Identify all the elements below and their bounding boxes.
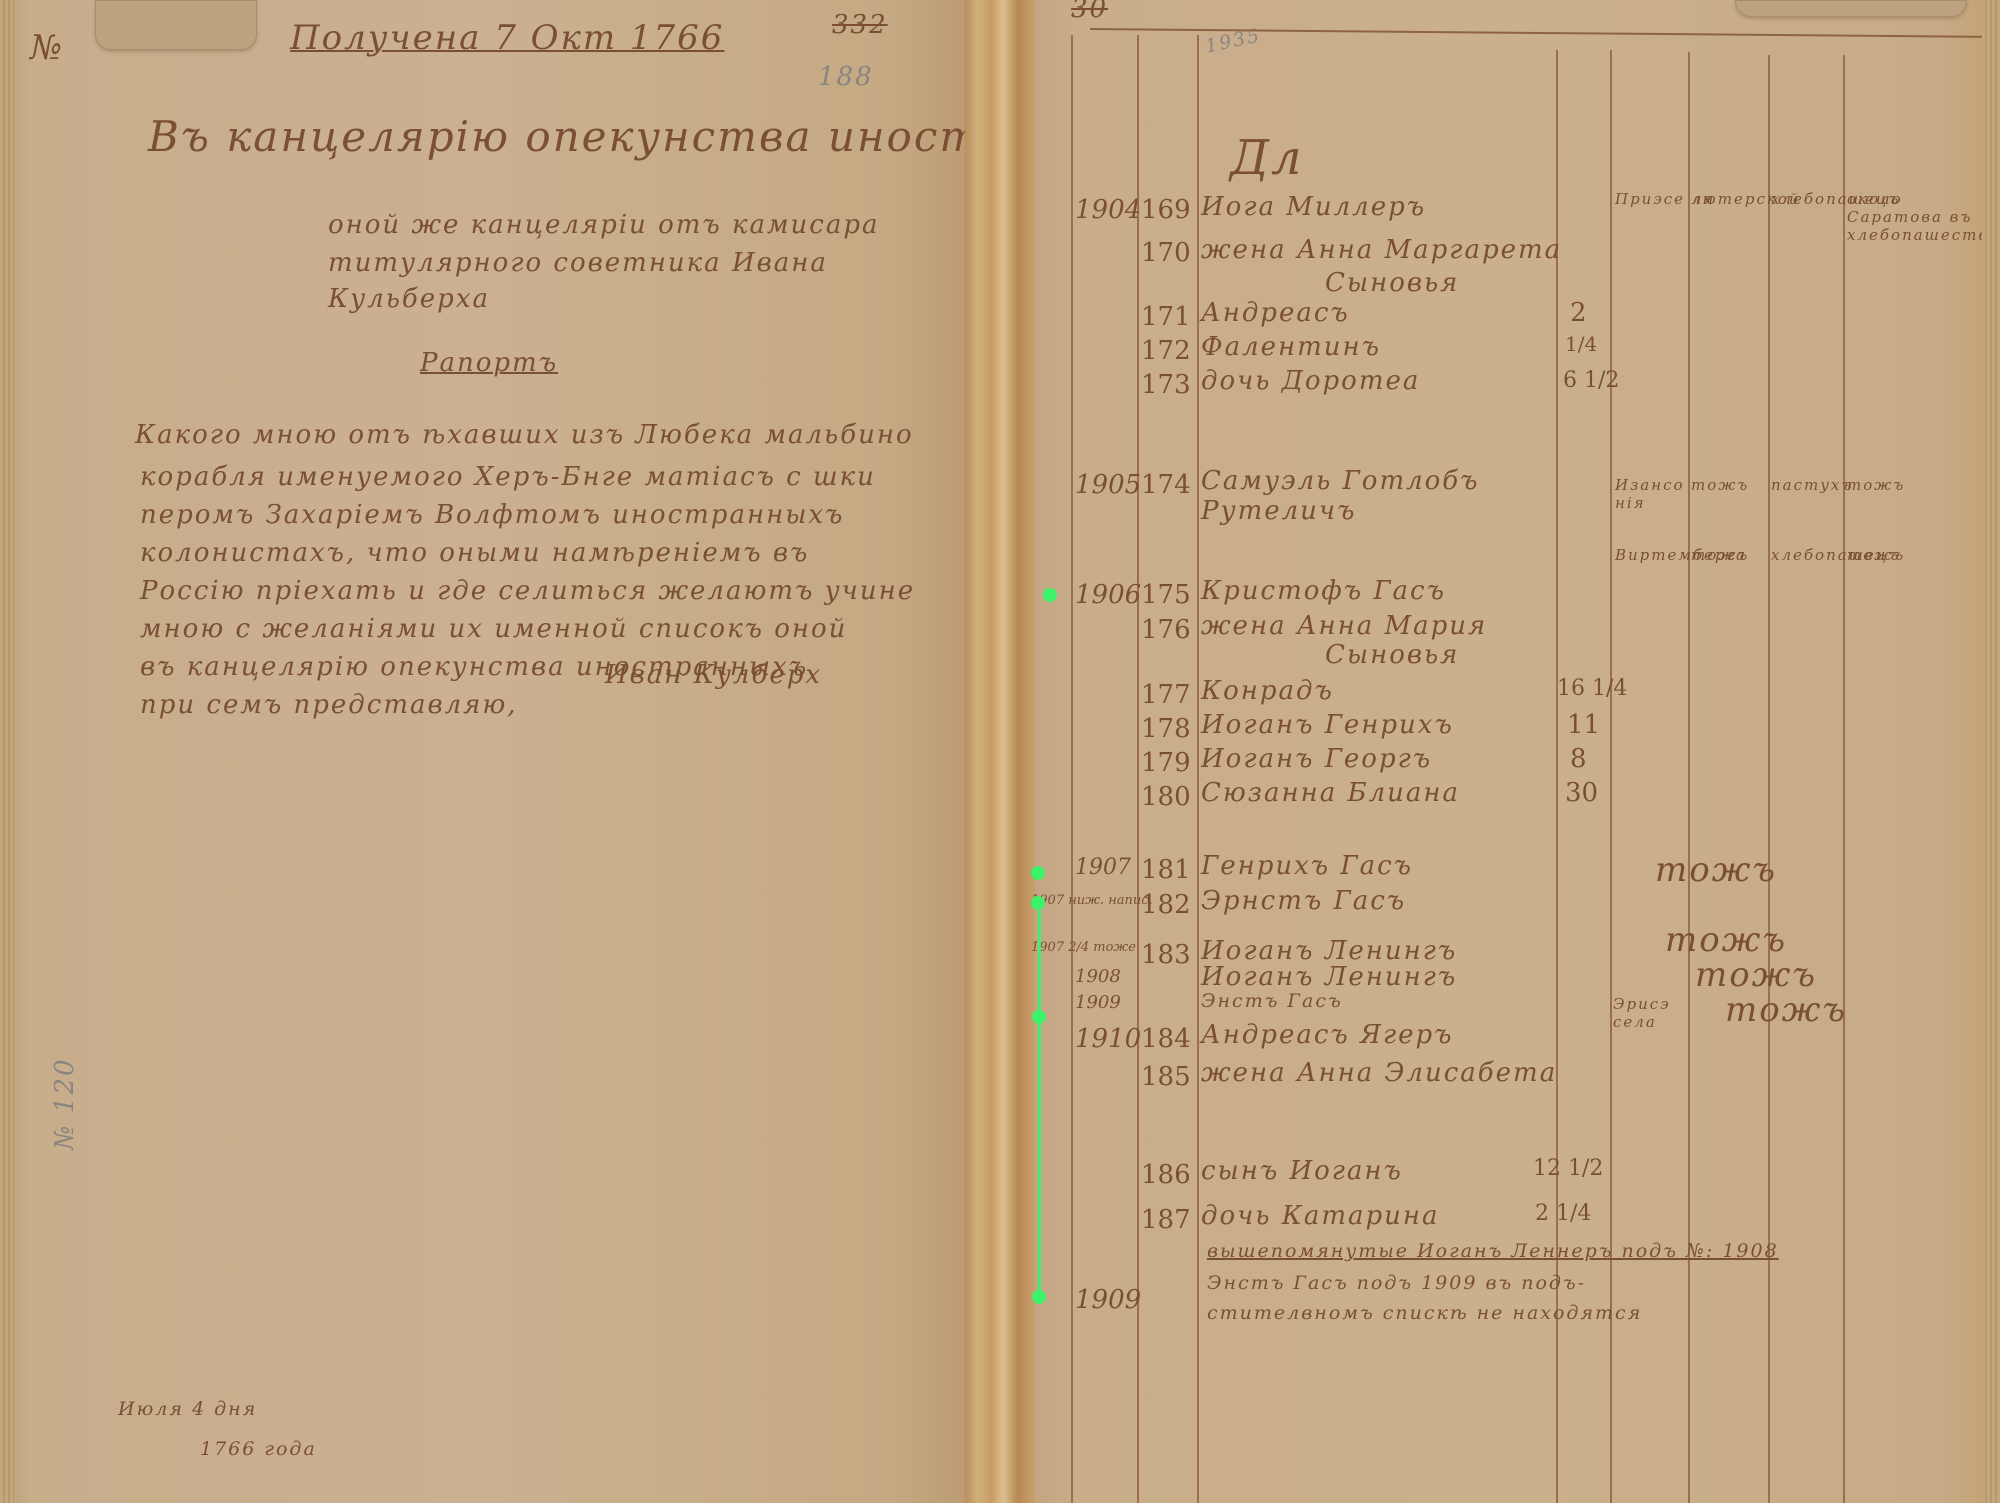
column-rule [1768, 55, 1770, 1503]
row-name: Андреасъ [1201, 298, 1350, 328]
row-occupation: хлебопашецъ [1771, 190, 1841, 208]
sender-line-3: Кульберха [328, 284, 490, 314]
body-line: Какого мною отъ ѣхавших изъ Любека мальб… [135, 420, 914, 450]
row-number: 169 [1141, 195, 1191, 225]
row-settlement: тожъ [1847, 546, 1905, 564]
sender-line-1: оной же канцеляріи отъ камисара [328, 210, 880, 240]
row-age: 6 1/2 [1563, 368, 1619, 393]
received-header: Получена 7 Окт 1766 [290, 18, 724, 58]
row-name: Фалентинъ [1201, 332, 1381, 362]
annotation-marker[interactable] [1032, 1010, 1046, 1024]
column-rule [1137, 35, 1139, 1503]
column-rule [1688, 52, 1690, 1503]
row-year: 1906 [1075, 580, 1141, 610]
row-age: 2 [1570, 298, 1587, 328]
row-name: Энстъ Гасъ [1201, 990, 1343, 1012]
annotation-connector [1038, 1024, 1041, 1292]
footnote-line: вышепомянутые Иоганъ Леннеръ подъ №: 190… [1207, 1240, 1779, 1262]
corner-mark: № [30, 28, 64, 68]
row-settlement: тожъ [1725, 990, 1847, 1030]
body-line: при семъ представляю, [140, 690, 518, 720]
row-age: 30 [1565, 778, 1598, 808]
row-year: 1905 [1075, 470, 1141, 500]
annotation-marker[interactable] [1043, 588, 1057, 602]
body-line: мною с желаніями их именной списокъ оной [140, 614, 847, 644]
row-number: 184 [1141, 1024, 1191, 1054]
row-name: Конрадъ [1201, 676, 1334, 706]
row-year: 1910 [1075, 1024, 1141, 1054]
body-line: Россію пріехать и где селиться желаютъ у… [140, 576, 915, 606]
row-settlement: тожъ [1695, 955, 1817, 995]
page-edge [0, 0, 14, 1503]
row-settlement: тожъ [1655, 850, 1777, 890]
row-origin: Эрисэ села [1613, 995, 1683, 1031]
row-subheading: Сыновья [1325, 640, 1459, 670]
row-occupation: пастухъ [1771, 476, 1853, 494]
row-number: 171 [1141, 302, 1191, 332]
report-heading: Рапортъ [420, 348, 558, 378]
row-number: 187 [1141, 1205, 1191, 1235]
row-age: 2 1/4 [1535, 1201, 1591, 1226]
row-number: 181 [1141, 855, 1191, 885]
column-rule [1610, 50, 1612, 1503]
footnote-year: 1909 [1075, 1285, 1141, 1315]
row-number: 176 [1141, 615, 1191, 645]
body-line: перомъ Захаріемъ Волфтомъ иностранныхъ [140, 500, 844, 530]
row-age: 16 1/4 [1557, 676, 1627, 701]
row-number: 183 [1141, 940, 1191, 970]
annotation-marker[interactable] [1031, 896, 1045, 910]
signature: Иван Кулберх [605, 660, 822, 690]
row-settlement: тожъ [1847, 476, 1905, 494]
row-number: 175 [1141, 580, 1191, 610]
footnote-line: стителвномъ спискѣ не находятся [1207, 1302, 1642, 1324]
date-line-1: Июля 4 дня [118, 1398, 257, 1420]
row-number: 182 [1141, 890, 1191, 920]
row-name: жена Анна Элисабета [1201, 1058, 1557, 1088]
row-number: 179 [1141, 748, 1191, 778]
row-name: дочь Катарина [1201, 1201, 1440, 1231]
row-year: 1908 [1075, 966, 1121, 987]
row-name: жена Анна Маргарета [1201, 235, 1562, 265]
row-year: 1904 [1075, 195, 1141, 225]
left-page: № Получена 7 Окт 1766 332 188 Въ канцеля… [0, 0, 965, 1503]
row-occupation: хлебопашецъ [1771, 546, 1841, 564]
folio-number-old: 332 [832, 10, 888, 40]
row-number: 173 [1141, 370, 1191, 400]
date-line-2: 1766 года [200, 1438, 317, 1460]
row-number: 178 [1141, 714, 1191, 744]
row-year: 1907 [1075, 855, 1131, 880]
row-name: Самуэль Готлобъ Рутеличъ [1201, 466, 1541, 526]
row-name: жена Анна Мария [1201, 611, 1487, 641]
row-confession: тожъ [1691, 476, 1749, 494]
row-name: Андреасъ Ягеръ [1201, 1020, 1453, 1050]
column-rule [1843, 55, 1845, 1503]
page-edge [1982, 0, 2000, 1503]
right-page: 30 1935 Дл 1904 169 Иога Миллеръ Приэсе … [1035, 0, 2000, 1503]
row-name: Иоганъ Генрихъ [1201, 710, 1454, 740]
body-line: колонистахъ, что оными намѣреніемъ въ [140, 538, 809, 568]
sender-line-2: титулярного советника Ивана [328, 248, 828, 278]
row-age: 11 [1567, 710, 1600, 740]
row-settlement: тожъ [1665, 920, 1787, 960]
row-name: Сюзанна Блиана [1201, 778, 1460, 808]
body-line: корабля именуемого Херъ-Бнге матіасъ с ш… [140, 462, 876, 492]
row-name: Иога Миллеръ [1201, 192, 1426, 222]
row-settlement: около Саратова въ хлебопашестве [1847, 190, 1977, 244]
family-heading: Дл [1230, 130, 1304, 186]
column-rule [1071, 35, 1073, 1503]
row-age: 1/4 [1565, 332, 1597, 356]
footnote-line: Энстъ Гасъ подъ 1909 въ подъ- [1207, 1272, 1586, 1294]
side-number: № 120 [50, 1058, 80, 1151]
row-number: 170 [1141, 238, 1191, 268]
book-gutter [965, 0, 1035, 1503]
row-subheading: Сыновья [1325, 268, 1459, 298]
row-confession: тожъ [1691, 546, 1749, 564]
row-number: 185 [1141, 1062, 1191, 1092]
transparent-tab [1735, 0, 1967, 17]
top-mark: 30 [1071, 0, 1108, 24]
row-name: Кристофъ Гасъ [1201, 576, 1446, 606]
row-number: 177 [1141, 680, 1191, 710]
row-age: 8 [1570, 744, 1587, 774]
row-year: 1907 2/4 тоже [1031, 940, 1136, 955]
annotation-connector [1038, 910, 1041, 1010]
row-name: дочь Доротеа [1201, 366, 1420, 396]
row-name: Эрнстъ Гасъ [1201, 886, 1406, 916]
row-number: 180 [1141, 782, 1191, 812]
row-name: Иоганъ Ленингъ [1201, 962, 1457, 992]
row-name: Иоганъ Георгъ [1201, 744, 1432, 774]
row-number: 186 [1141, 1160, 1191, 1190]
row-year: 1909 [1075, 992, 1121, 1013]
column-rule [1197, 35, 1199, 1503]
row-age: 12 1/2 [1533, 1156, 1603, 1181]
transparent-tab [95, 0, 257, 50]
annotation-marker[interactable] [1032, 1290, 1046, 1304]
row-name: Генрихъ Гасъ [1201, 851, 1413, 881]
row-name: сынъ Иоганъ [1201, 1156, 1403, 1186]
folio-number: 188 [818, 62, 874, 92]
row-number: 174 [1141, 470, 1191, 500]
row-number: 172 [1141, 336, 1191, 366]
row-origin: Виртемберга [1615, 546, 1685, 564]
row-year: 1907 ниж. напис. [1031, 893, 1153, 908]
row-origin: Изансо нія [1615, 476, 1685, 512]
annotation-marker[interactable] [1031, 866, 1045, 880]
